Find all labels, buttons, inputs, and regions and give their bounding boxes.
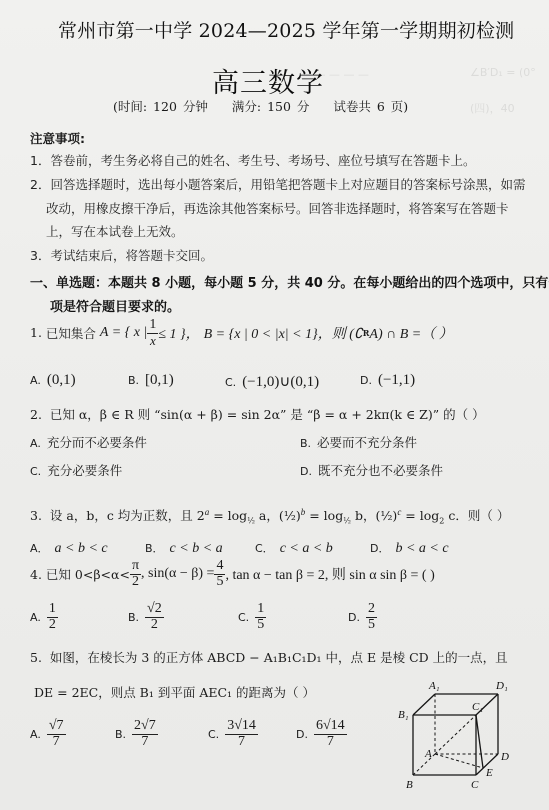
- option-label: D.: [300, 465, 312, 478]
- label-d: D: [500, 751, 509, 763]
- question-4-option-c[interactable]: C.15: [238, 602, 266, 632]
- question-5-option-c[interactable]: C.3√147: [208, 719, 258, 749]
- exam-pages: 试卷共 6 页): [333, 99, 408, 114]
- denominator: 5: [368, 618, 375, 633]
- label-c: C: [471, 779, 479, 791]
- denominator: x: [150, 334, 156, 348]
- option-label: C．: [255, 542, 274, 555]
- question-1-option-c[interactable]: C.(−1,0)∪(0,1): [225, 372, 319, 391]
- numerator: √7: [47, 719, 66, 735]
- question-text: 已知 0<β<α<: [46, 565, 130, 583]
- question-4-stem: 4. 已知 0<β<α< π2 , sin(α − β) = 45 , tan …: [30, 559, 435, 589]
- question-text: 已知 α，β ∈ R 则 “sin(α + β) = sin 2α” 是 “β …: [50, 407, 485, 422]
- question-3-option-b[interactable]: B．c < b < a: [145, 540, 223, 557]
- question-2-option-b[interactable]: B.必要而不充分条件: [300, 433, 417, 451]
- denominator: 5: [216, 575, 223, 590]
- option-label: D.: [296, 728, 308, 741]
- question-2-option-d[interactable]: D.既不充分也不必要条件: [300, 461, 443, 479]
- option-text: (0,1): [47, 372, 76, 388]
- option-label: A.: [30, 728, 41, 741]
- school-title: 常州市第一中学 2024—2025 学年第一学期期初检测: [58, 16, 514, 43]
- exam-time: (时间: 120 分钟: [113, 99, 208, 114]
- option-text: c < b < a: [170, 541, 223, 556]
- question-text: = log: [209, 508, 247, 523]
- option-label: B.: [300, 437, 311, 450]
- set-a-expression-end: ≤ 1 }，: [158, 323, 199, 343]
- question-1-option-b[interactable]: B.[0,1): [128, 372, 174, 389]
- denominator: 7: [327, 735, 334, 750]
- option-text: c < a < b: [280, 541, 333, 556]
- question-5-stem-cont: DE = 2EC，则点 B₁ 到平面 AEC₁ 的距离为（ ）: [34, 683, 315, 701]
- question-number: 5.: [30, 650, 42, 665]
- bleed-through-text: (四)，40: [470, 100, 515, 116]
- option-label: D．: [370, 542, 389, 555]
- question-3-option-d[interactable]: D．b < a < c: [370, 540, 449, 557]
- notice-title: 注意事项:: [30, 129, 85, 147]
- option-label: B.: [115, 728, 126, 741]
- option-text: (−1,0)∪(0,1): [242, 374, 319, 390]
- exam-full-score: 满分: 150 分: [232, 99, 310, 114]
- option-text: [0,1): [145, 372, 174, 388]
- option-label: B.: [128, 374, 139, 387]
- numerator: 3√14: [225, 719, 258, 735]
- option-text: b < a < c: [395, 541, 448, 556]
- numerator: 1: [47, 602, 58, 618]
- denominator: 5: [257, 618, 264, 633]
- fraction: 1 x: [147, 318, 158, 347]
- question-4-option-a[interactable]: A.12: [30, 602, 58, 632]
- numerator: 6√14: [314, 719, 347, 735]
- subject-title: 高三数学: [212, 61, 324, 100]
- question-text: 设 a，b，c 均为正数，且 2: [50, 508, 205, 523]
- question-2-option-a[interactable]: A.充分而不必要条件: [30, 433, 147, 451]
- numerator: 2: [366, 602, 377, 618]
- option-text: a < b < c: [55, 541, 108, 556]
- question-text: , sin(α − β) =: [141, 566, 214, 582]
- label-a: A: [424, 748, 432, 760]
- subscript: ½: [343, 517, 351, 526]
- notice-item-3: 3．考试结束后，将答题卡交回。: [30, 246, 213, 264]
- label-c1: C₁: [472, 701, 483, 713]
- set-a-expression: A = { x |: [100, 325, 147, 341]
- numerator: π: [130, 559, 141, 575]
- question-number: 3.: [30, 508, 42, 523]
- subscript: ½: [247, 517, 255, 526]
- denominator: 7: [53, 735, 60, 750]
- option-label: A．: [30, 542, 49, 555]
- exam-page: ∠B′D₁ = (0° (四)，40 — — — — — 常州市第一中学 202…: [0, 0, 549, 810]
- denominator: 7: [141, 735, 148, 750]
- notice-item-1: 1．答卷前，考生务必将自己的姓名、考生号、考场号、座位号填写在答题卡上。: [30, 151, 475, 169]
- option-label: D.: [360, 374, 372, 387]
- question-text: , tan α − tan β = 2, 则 sin α sin β = ( ): [225, 564, 434, 584]
- label-a1: A₁: [428, 680, 440, 692]
- option-text: 既不充分也不必要条件: [318, 463, 443, 478]
- section-heading: 一、单选题：本题共 8 小题，每小题 5 分，共 40 分。在每小题给出的四个选…: [30, 272, 549, 291]
- section-heading-cont: 项是符合题目要求的。: [50, 296, 180, 315]
- question-1-option-a[interactable]: A.(0,1): [30, 372, 76, 389]
- notice-item-2: 2．回答选择题时，选出每小题答案后，用铅笔把答题卡上对应题目的答案标号涂黑，如需: [30, 175, 525, 193]
- question-text: = log: [305, 508, 343, 523]
- question-text: c．则（ ）: [444, 508, 509, 523]
- denominator: 7: [238, 735, 245, 750]
- label-e: E: [485, 767, 493, 779]
- numerator: √2: [145, 602, 164, 618]
- option-label: B.: [128, 611, 139, 624]
- question-number: 4.: [30, 567, 42, 582]
- question-1-option-d[interactable]: D.(−1,1): [360, 372, 415, 389]
- question-4-option-d[interactable]: D.25: [348, 602, 377, 632]
- question-4-option-b[interactable]: B.√22: [128, 602, 164, 632]
- denominator: 2: [151, 618, 158, 633]
- numerator: 2√7: [132, 719, 158, 735]
- question-3-stem: 3. 设 a，b，c 均为正数，且 2a = log½ a，(½)b = log…: [30, 506, 509, 526]
- question-5-stem: 5. 如图，在棱长为 3 的正方体 ABCD − A₁B₁C₁D₁ 中，点 E …: [30, 648, 508, 666]
- option-label: B．: [145, 542, 164, 555]
- question-tail: A) ∩ B =（ ）: [369, 323, 452, 343]
- option-label: C.: [238, 611, 249, 624]
- question-1-stem: 1. 已知集合 A = { x | 1 x ≤ 1 }， B = {x | 0 …: [30, 318, 453, 347]
- option-text: 充分必要条件: [47, 463, 122, 478]
- label-b: B: [406, 779, 413, 791]
- option-label: A.: [30, 611, 41, 624]
- question-2-option-c[interactable]: C.充分必要条件: [30, 461, 122, 479]
- option-text: 必要而不充分条件: [317, 435, 417, 450]
- option-label: C.: [208, 728, 219, 741]
- denominator: 2: [49, 618, 56, 633]
- question-number: 1.: [30, 325, 42, 340]
- option-label: C.: [225, 376, 236, 389]
- question-text: 如图，在棱长为 3 的正方体 ABCD − A₁B₁C₁D₁ 中，点 E 是棱 …: [50, 650, 508, 665]
- exam-info: (时间: 120 分钟 满分: 150 分 试卷共 6 页): [113, 97, 426, 115]
- bleed-through-text: ∠B′D₁ = (0°: [470, 66, 536, 79]
- numerator: 1: [147, 318, 158, 334]
- option-text: 充分而不必要条件: [47, 435, 147, 450]
- option-label: A.: [30, 437, 41, 450]
- question-5-option-a[interactable]: A.√77: [30, 719, 66, 749]
- option-label: C.: [30, 465, 41, 478]
- numerator: 1: [255, 602, 266, 618]
- question-text: = log: [401, 508, 439, 523]
- question-5-option-d[interactable]: D.6√147: [296, 719, 347, 749]
- option-label: A.: [30, 374, 41, 387]
- notice-item-2-cont2: 上，写在本试卷上无效。: [46, 222, 184, 240]
- question-3-option-c[interactable]: C．c < a < b: [255, 540, 333, 557]
- fraction: π2: [130, 559, 141, 589]
- question-text: a，(½): [255, 508, 301, 523]
- set-b-expression: B = {x | 0 < |x| < 1}，则 (∁: [204, 323, 363, 343]
- option-label: D.: [348, 611, 360, 624]
- question-text: 已知集合: [46, 324, 96, 342]
- notice-item-2-cont: 改动，用橡皮擦干净后，再选涂其他答案标号。回答非选择题时，将答案写在答题卡: [46, 199, 509, 217]
- numerator: 4: [214, 559, 225, 575]
- denominator: 2: [132, 575, 139, 590]
- question-number: 2.: [30, 407, 42, 422]
- cube-figure: A₁ D₁ B₁ C₁ A D B C E: [380, 672, 549, 810]
- option-text: (−1,1): [378, 372, 415, 388]
- question-3-option-a[interactable]: A．a < b < c: [30, 540, 108, 557]
- question-text: b，(½): [351, 508, 397, 523]
- fraction: 45: [214, 559, 225, 589]
- question-2-stem: 2. 已知 α，β ∈ R 则 “sin(α + β) = sin 2α” 是 …: [30, 405, 485, 423]
- question-5-option-b[interactable]: B.2√77: [115, 719, 158, 749]
- label-b1: B₁: [398, 709, 409, 721]
- label-d1: D₁: [495, 680, 508, 692]
